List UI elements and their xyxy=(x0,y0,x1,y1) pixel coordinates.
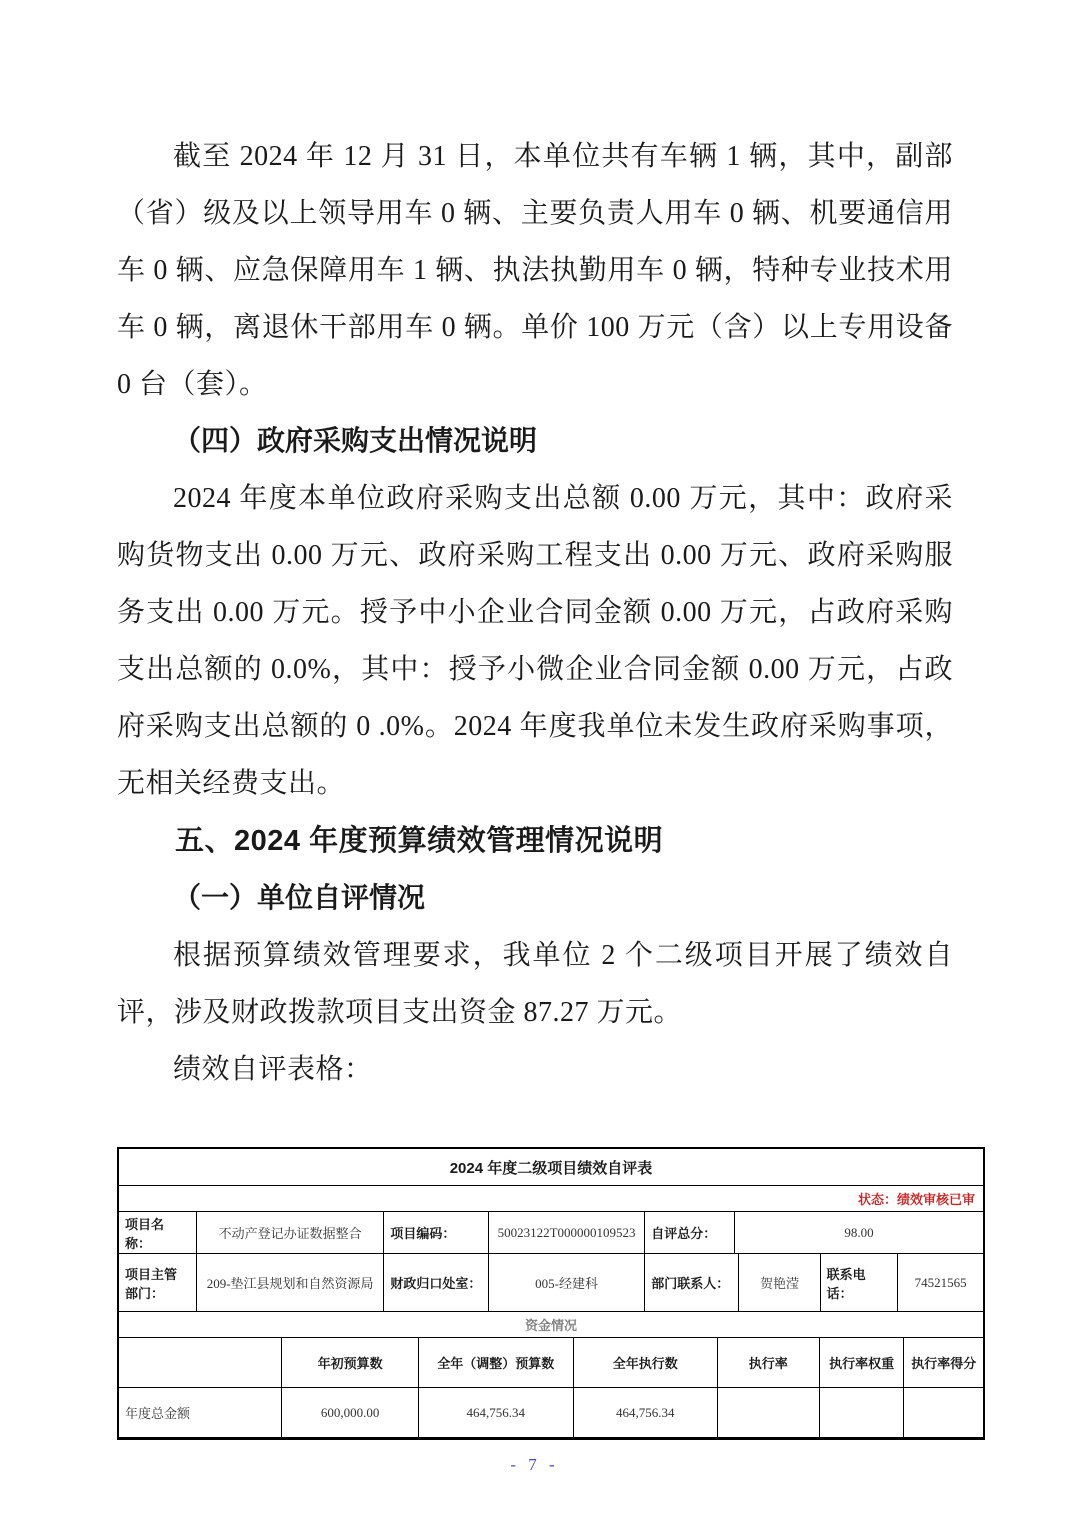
project-name-label: 项目名称： xyxy=(119,1212,196,1253)
document-page: 截至 2024 年 12 月 31 日，本单位共有车辆 1 辆，其中，副部（省）… xyxy=(0,0,1069,1515)
phone-value: 74521565 xyxy=(897,1254,983,1311)
fund-header-exec-rate: 执行率 xyxy=(717,1338,819,1387)
fund-exec-rate-weight-value xyxy=(819,1388,904,1437)
table-title: 2024 年度二级项目绩效自评表 xyxy=(450,1157,653,1178)
document-body: 截至 2024 年 12 月 31 日，本单位共有车辆 1 辆，其中，副部（省）… xyxy=(117,128,953,1098)
fund-header-row: 年初预算数 全年（调整）预算数 全年执行数 执行率 执行率权重 执行率得分 xyxy=(119,1337,983,1387)
fund-header-adjusted-budget: 全年（调整）预算数 xyxy=(418,1338,573,1387)
paragraph-vehicles: 截至 2024 年 12 月 31 日，本单位共有车辆 1 辆，其中，副部（省）… xyxy=(117,128,953,413)
table-status-row: 状态：绩效审核已审 xyxy=(119,1185,983,1211)
project-code-label: 项目编码： xyxy=(383,1212,488,1253)
paragraph-self-eval: 根据预算绩效管理要求，我单位 2 个二级项目开展了绩效自评，涉及财政拨款项目支出… xyxy=(117,927,953,1041)
table-row-project: 项目名称： 不动产登记办证数据整合 项目编码： 50023122T0000001… xyxy=(119,1211,983,1253)
fund-initial-budget-value: 600,000.00 xyxy=(281,1388,418,1437)
finance-office-label: 财政归口处室： xyxy=(383,1254,488,1311)
dept-value: 209-垫江县规划和自然资源局 xyxy=(196,1254,383,1311)
fund-header-exec-rate-weight: 执行率权重 xyxy=(819,1338,904,1387)
project-code-value: 50023122T000000109523 xyxy=(488,1212,644,1253)
heading-section5: 五、2024 年度预算绩效管理情况说明 xyxy=(117,812,953,870)
contact-label: 部门联系人： xyxy=(644,1254,738,1311)
paragraph-table-intro: 绩效自评表格： xyxy=(117,1041,953,1098)
fund-data-row: 年度总金额 600,000.00 464,756.34 464,756.34 xyxy=(119,1387,983,1437)
heading-section4: （四）政府采购支出情况说明 xyxy=(117,413,953,470)
self-score-label: 自评总分： xyxy=(644,1212,734,1253)
fund-section-title: 资金情况 xyxy=(525,1315,577,1334)
fund-header-initial-budget: 年初预算数 xyxy=(281,1338,418,1387)
self-evaluation-table: 2024 年度二级项目绩效自评表 状态：绩效审核已审 项目名称： 不动产登记办证… xyxy=(117,1147,985,1440)
phone-label: 联系电话： xyxy=(820,1254,898,1311)
fund-exec-rate-value xyxy=(717,1388,819,1437)
page-number: - 7 - xyxy=(510,1455,558,1474)
fund-header-executed: 全年执行数 xyxy=(573,1338,717,1387)
project-name-value: 不动产登记办证数据整合 xyxy=(196,1212,383,1253)
heading-sub1: （一）单位自评情况 xyxy=(117,870,953,927)
fund-header-exec-rate-score: 执行率得分 xyxy=(903,1338,982,1387)
table-row-department: 项目主管部门： 209-垫江县规划和自然资源局 财政归口处室： 005-经建科 … xyxy=(119,1253,983,1311)
status-badge: 状态：绩效审核已审 xyxy=(858,1189,975,1208)
fund-section-row: 资金情况 xyxy=(119,1311,983,1337)
fund-adjusted-budget-value: 464,756.34 xyxy=(418,1388,573,1437)
table-title-row: 2024 年度二级项目绩效自评表 xyxy=(119,1149,983,1185)
fund-header-blank xyxy=(119,1338,281,1387)
self-score-value: 98.00 xyxy=(734,1212,983,1253)
page-footer: - 7 - xyxy=(0,1455,1069,1475)
fund-executed-value: 464,756.34 xyxy=(573,1388,717,1437)
dept-label: 项目主管部门： xyxy=(119,1254,196,1311)
paragraph-procurement: 2024 年度本单位政府采购支出总额 0.00 万元，其中：政府采购货物支出 0… xyxy=(117,470,953,812)
finance-office-value: 005-经建科 xyxy=(488,1254,644,1311)
contact-value: 贺艳滢 xyxy=(738,1254,819,1311)
fund-exec-rate-score-value xyxy=(903,1388,982,1437)
fund-row-label: 年度总金额 xyxy=(119,1388,281,1437)
